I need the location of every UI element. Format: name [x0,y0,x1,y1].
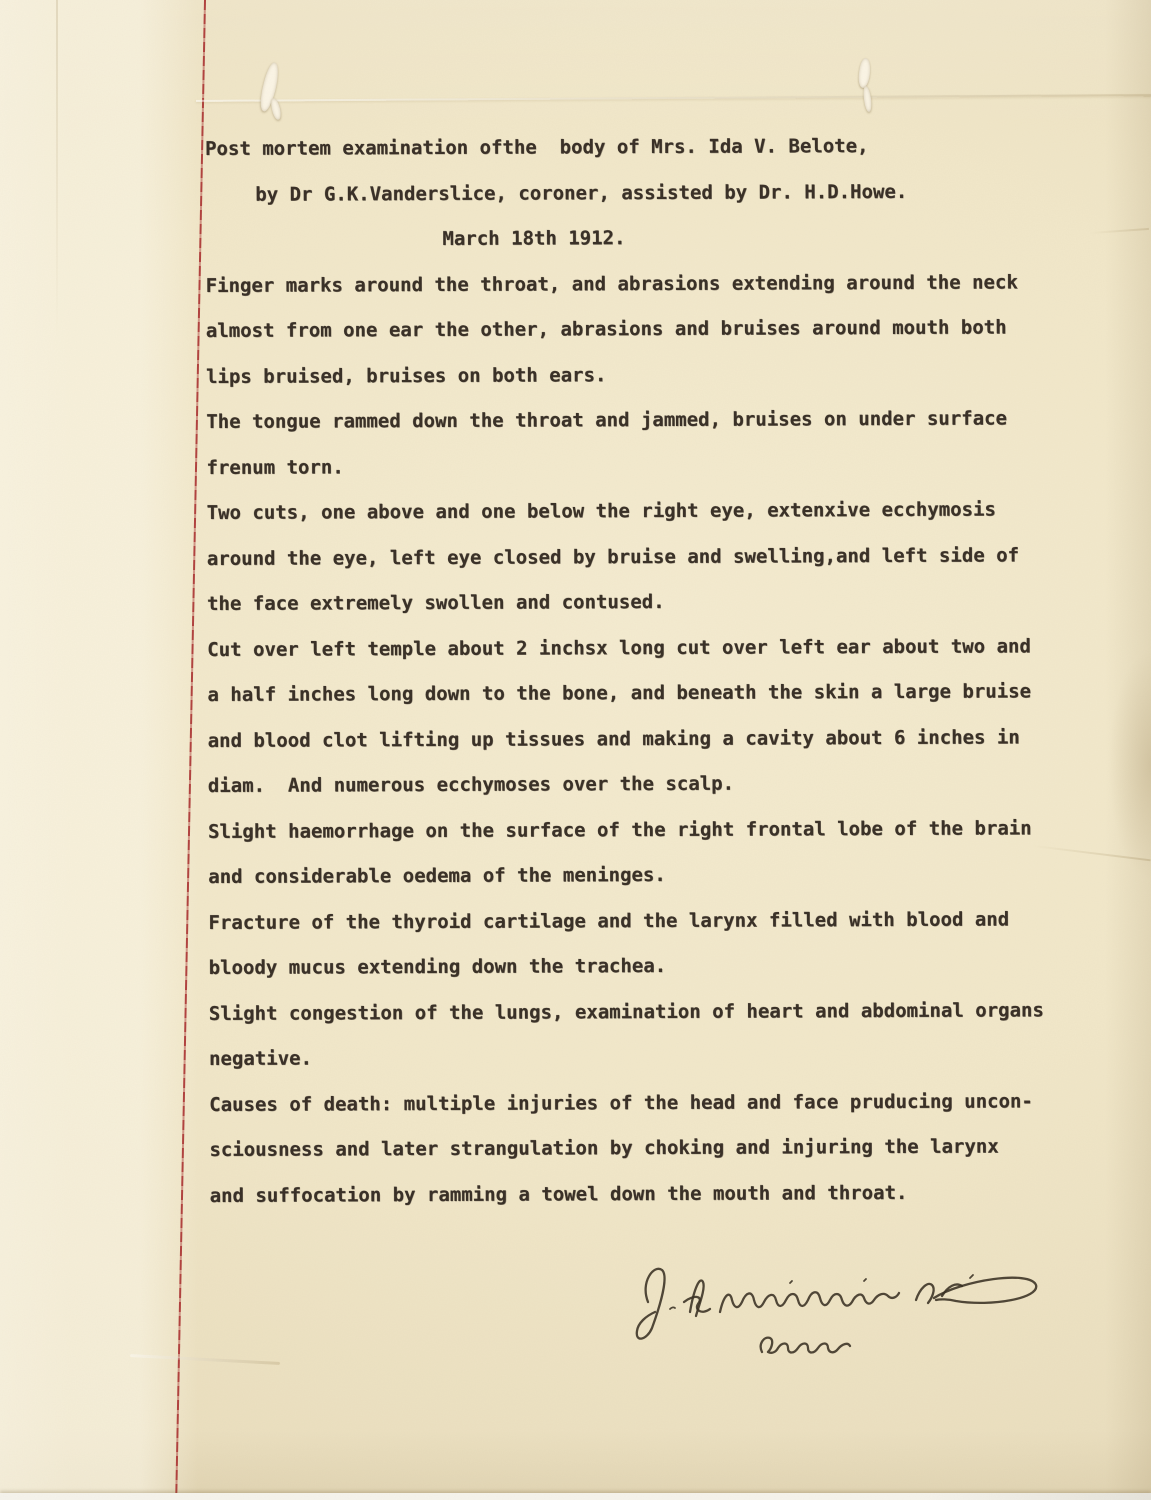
report-date-line: March 18th 1912. [205,214,1105,263]
report-body-line: bloody mucus extending down the trachea. [209,942,1109,991]
report-body-line: and suffocation by ramming a towel down … [210,1170,1110,1219]
report-body-line: Causes of death: multiple injuries of th… [209,1079,1109,1128]
coroner-signature: G. K. Vanderslice M.D. Coroner [610,1236,1050,1366]
report-body-line: lips bruised, bruises on both ears. [206,351,1106,400]
report-body-line: the face extremely swollen and contused. [207,578,1107,627]
report-body-line: and considerable oedema of the meninges. [208,851,1108,900]
signature-ink-svg [610,1236,1050,1366]
typewritten-report: Post mortem examination ofthe body of Mr… [205,123,1110,1219]
report-body-line: Slight congestion of the lungs, examinat… [209,988,1109,1037]
report-body-line: almost from one ear the other, abrasions… [206,305,1106,354]
report-body-line: Two cuts, one above and one below the ri… [207,487,1107,536]
report-body-line: diam. And numerous ecchymoses over the s… [208,760,1108,809]
report-body-line: The tongue rammed down the throat and ja… [206,396,1106,445]
report-heading-line: by Dr G.K.Vanderslice, coroner, assisted… [205,169,1105,218]
report-heading-line: Post mortem examination ofthe body of Mr… [205,123,1105,172]
report-body-line: Finger marks around the throat, and abra… [206,260,1106,309]
report-body-line: Fracture of the thyroid cartilage and th… [208,897,1108,946]
report-body-line: around the eye, left eye closed by bruis… [207,533,1107,582]
paper-left-margin-area [0,0,198,1500]
report-body-line: Cut over left temple about 2 inchsx long… [207,624,1107,673]
report-body-line: negative. [209,1033,1109,1082]
report-body-line: frenum torn. [206,442,1106,491]
report-body-line: Slight haemorrhage on the surface of the… [208,806,1108,855]
report-body-line: and blood clot lifting up tissues and ma… [208,715,1108,764]
scan-bed-edge [0,1493,1151,1500]
report-body-line: sciousness and later strangulation by ch… [209,1124,1109,1173]
report-body-line: a half inches long down to the bone, and… [207,669,1107,718]
paper-crease-left [56,0,58,340]
